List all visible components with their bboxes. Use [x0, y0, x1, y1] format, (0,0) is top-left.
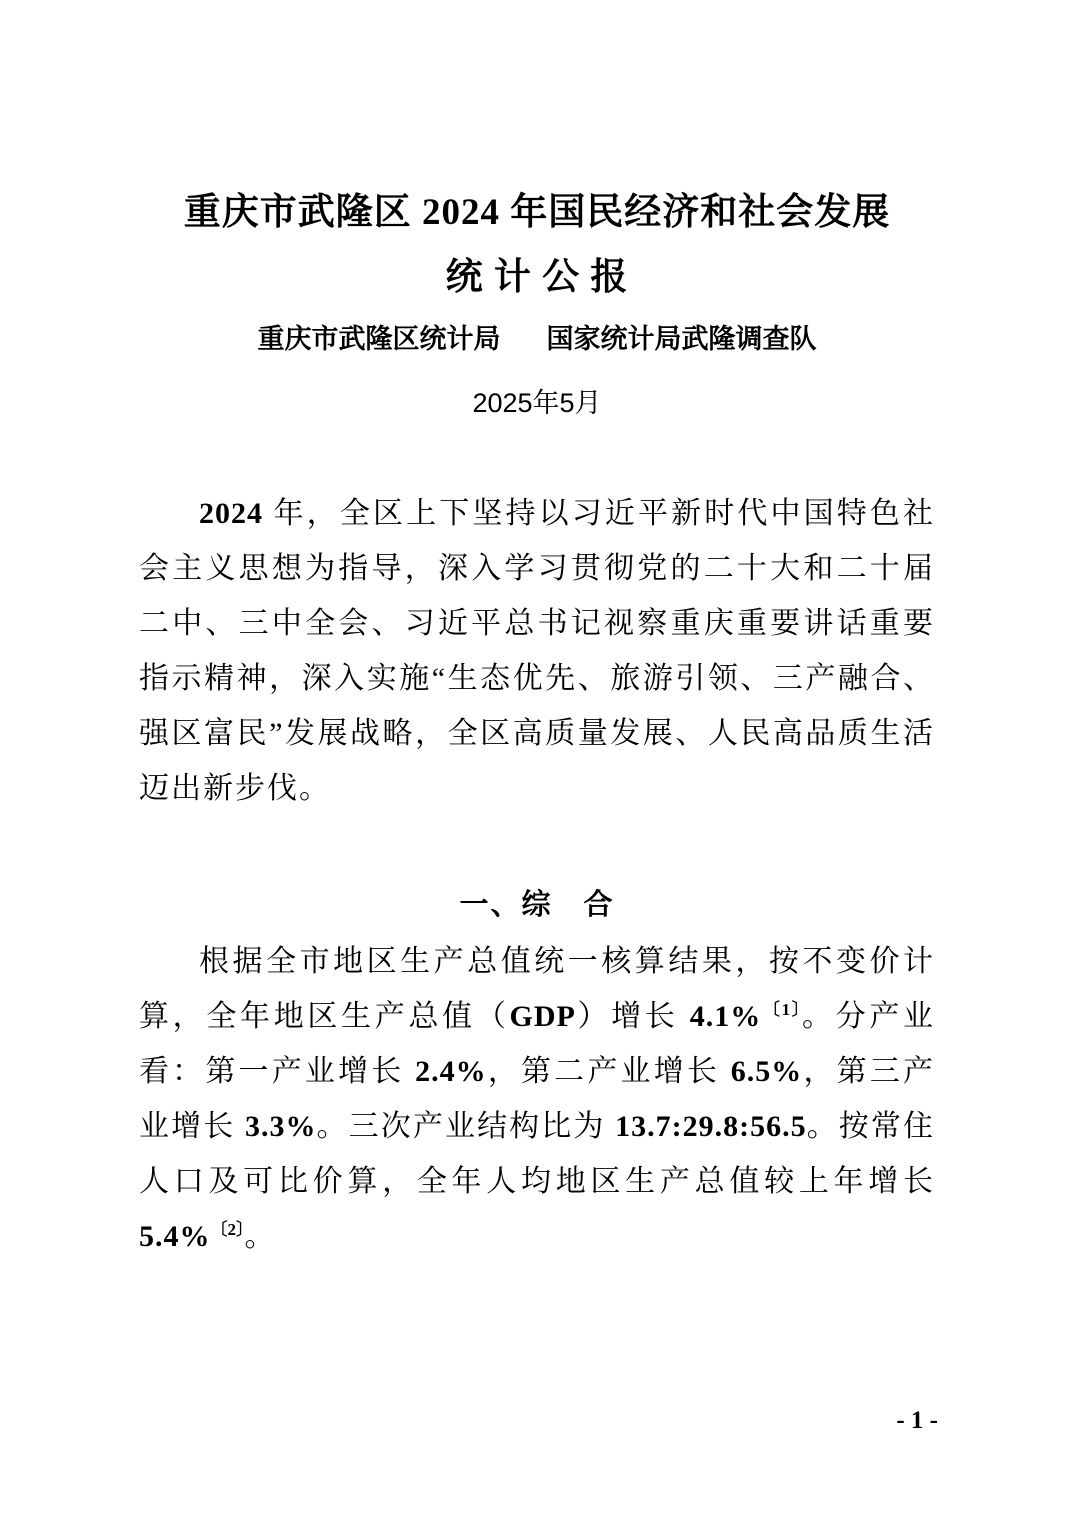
publication-date: 2025年5月	[139, 384, 935, 422]
section-heading-1: 一、综 合	[139, 884, 935, 926]
page-number: - 1 -	[896, 1407, 938, 1435]
document-title: 重庆市武隆区 2024 年国民经济和社会发展 统 计 公 报	[139, 180, 935, 310]
paragraph-gdp: 根据全市地区生产总值统一核算结果，按不变价计算，全年地区生产总值（GDP）增长 …	[139, 934, 935, 1264]
document-page: 重庆市武隆区 2024 年国民经济和社会发展 统 计 公 报 重庆市武隆区统计局…	[0, 0, 1074, 1520]
paragraph-intro: 2024 年，全区上下坚持以习近平新时代中国特色社会主义思想为指导，深入学习贯彻…	[139, 486, 935, 816]
document-body: 2024 年，全区上下坚持以习近平新时代中国特色社会主义思想为指导，深入学习贯彻…	[139, 486, 935, 1264]
byline: 重庆市武隆区统计局 国家统计局武隆调查队	[139, 320, 935, 358]
document-title-line1: 重庆市武隆区 2024 年国民经济和社会发展	[139, 180, 935, 245]
byline-agency-left: 重庆市武隆区统计局	[258, 320, 501, 358]
document-title-line2: 统 计 公 报	[139, 245, 935, 310]
byline-agency-right: 国家统计局武隆调查队	[547, 320, 817, 358]
